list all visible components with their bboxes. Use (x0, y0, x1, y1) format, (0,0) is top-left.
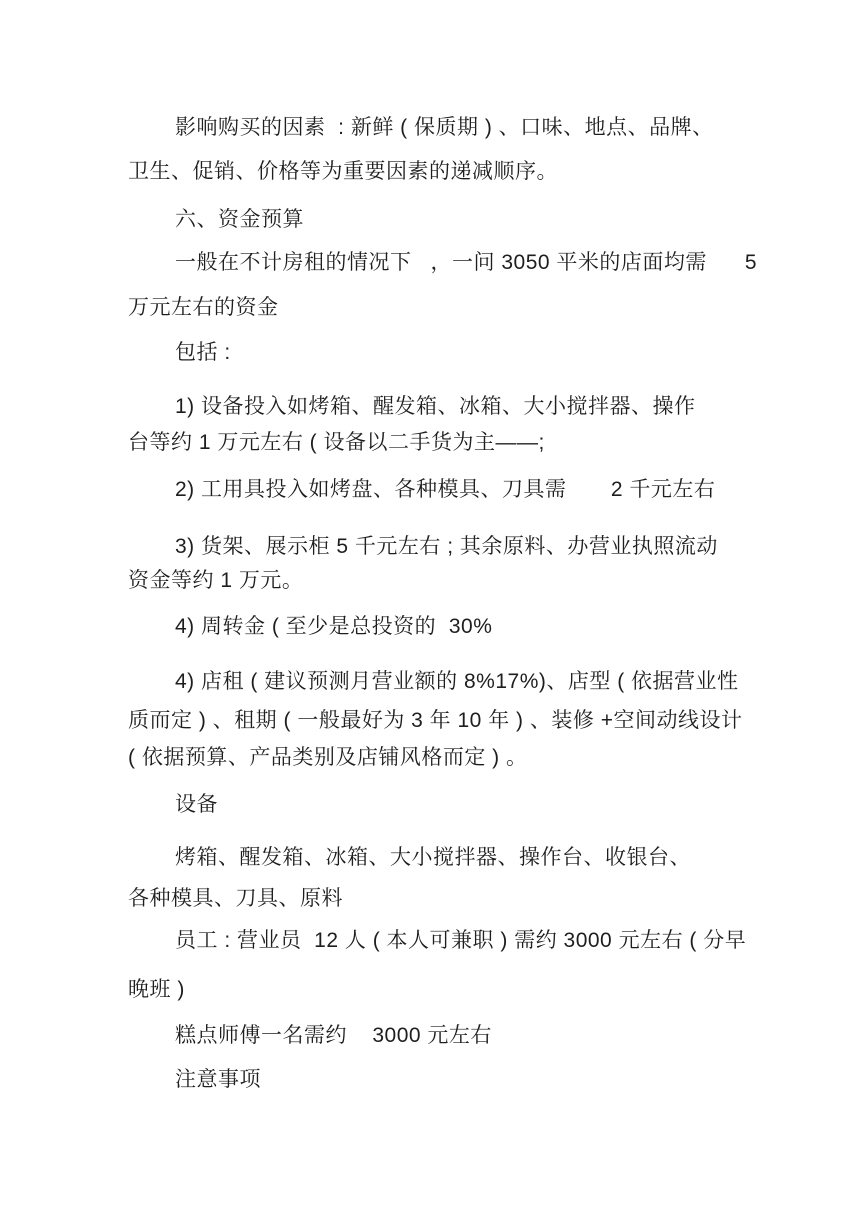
subheading-notes: 注意事项 (175, 1065, 261, 1095)
doc-line: 质而定 ) 、租期 ( 一般最好为 3 年 10 年 ) 、装修 +空间动线设计 (128, 706, 742, 736)
doc-line: 包括 : (175, 338, 231, 368)
subheading-equipment: 设备 (175, 790, 218, 820)
doc-line: 各种模具、刀具、原料 (128, 884, 343, 914)
doc-line-staff: 员工 : 营业员 12 人 ( 本人可兼职 ) 需约 3000 元左右 ( 分早 (175, 926, 746, 956)
doc-line: 资金等约 1 万元。 (128, 566, 303, 596)
doc-line: 一般在不计房租的情况下 ，一问 3050 平米的店面均需 5 (175, 248, 757, 278)
list-item-2-tools: 2) 工用具投入如烤盘、各种模具、刀具需 2 千元左右 (175, 475, 715, 505)
list-item-4-rent: 4) 店租 ( 建议预测月营业额的 8%17%)、店型 ( 依据营业性 (175, 667, 739, 697)
doc-line: 晚班 ) (128, 975, 185, 1005)
doc-line: 卫生、促销、价格等为重要因素的递减顺序。 (128, 157, 558, 187)
document-page: 影响购买的因素 : 新鲜 ( 保质期 ) 、口味、地点、品牌、 卫生、促销、价格… (0, 0, 860, 1218)
doc-line: 烤箱、醒发箱、冰箱、大小搅拌器、操作台、收银台、 (175, 843, 691, 873)
list-item-3-shelves: 3) 货架、展示柜 5 千元左右 ; 其余原料、办营业执照流动 (175, 532, 718, 562)
section-heading-budget: 六、资金预算 (175, 205, 304, 235)
list-item-1-equipment: 1) 设备投入如烤箱、醒发箱、冰箱、大小搅拌器、操作 (175, 392, 696, 422)
list-item-4-working-capital: 4) 周转金 ( 至少是总投资的 30% (175, 612, 492, 642)
doc-line: 影响购买的因素 : 新鲜 ( 保质期 ) 、口味、地点、品牌、 (175, 113, 714, 143)
doc-line: 台等约 1 万元左右 ( 设备以二手货为主——; (128, 428, 545, 458)
doc-line: ( 依据预算、产品类别及店铺风格而定 ) 。 (128, 743, 528, 773)
doc-line: 万元左右的资金 (128, 293, 279, 323)
doc-line-pastry-chef: 糕点师傅一名需约 3000 元左右 (175, 1021, 492, 1051)
